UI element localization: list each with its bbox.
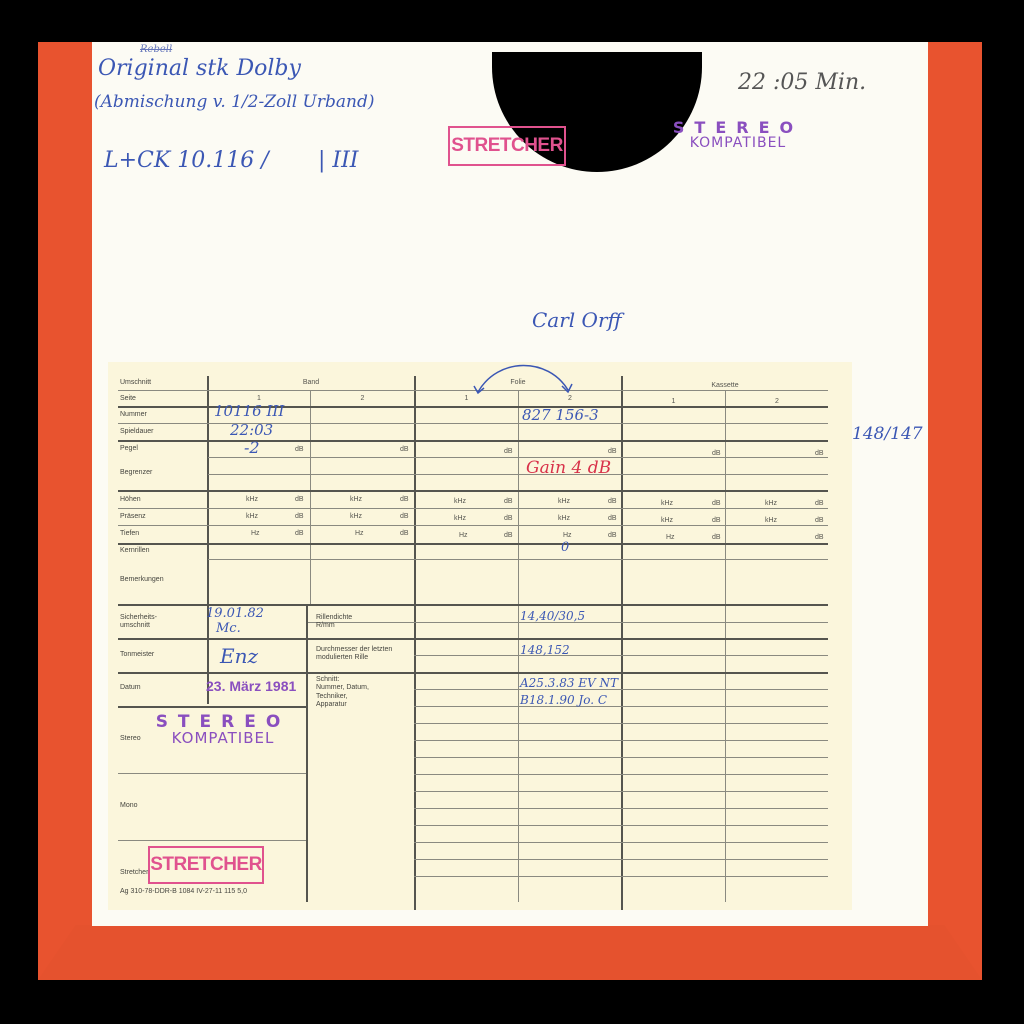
entry-sicherheits-date: 19.01.82	[206, 606, 264, 621]
label-nummer: Nummer	[120, 411, 147, 419]
note-duration: 22 :05 Min.	[738, 70, 866, 95]
label-praesenz: Präsenz	[120, 513, 146, 521]
entry-band1-nummer: 10116 III	[214, 402, 284, 420]
divider-lower	[306, 604, 308, 902]
label-spieldauer: Spieldauer	[120, 428, 153, 436]
group-kassette: Kassette	[622, 382, 828, 389]
entry-folie2-begrenzer: Gain 4 dB	[526, 458, 611, 478]
recording-form-card: Umschnitt Seite Nummer Spieldauer Pegel …	[108, 362, 852, 910]
entry-schnitt-line1: A25.3.83 EV NT	[520, 676, 618, 690]
stretcher-stamp-card: STRETCHER	[148, 846, 264, 884]
group-band: Band	[208, 379, 414, 386]
entry-sicherheits-initials: Mc.	[216, 621, 241, 636]
label-umschnitt: Umschnitt	[120, 379, 151, 387]
note-original-dolby: Original stk Dolby	[98, 56, 301, 81]
note-side-numbers: 148/147	[852, 424, 923, 444]
label-datum: Datum	[120, 684, 141, 692]
label-rillendichte: Rillendichte R/mm	[316, 614, 352, 631]
label-stretcher: Stretcher	[120, 869, 148, 877]
label-hoehen: Höhen	[120, 496, 141, 504]
note-abmischung: (Abmischung v. 1/2-Zoll Urband)	[94, 92, 374, 112]
label-kernrillen: Kernrillen	[120, 547, 150, 555]
entry-durchmesser: 148,152	[520, 643, 570, 657]
label-schnitt: Schnitt: Nummer, Datum, Techniker, Appar…	[316, 676, 369, 710]
note-composer: Carl Orff	[532, 308, 622, 332]
label-seite: Seite	[120, 395, 136, 403]
swap-arrow-icon	[468, 362, 578, 402]
note-catalog: L+CK 10.116 /	[104, 148, 269, 173]
entry-schnitt-line2: B18.1.90 Jo. C	[520, 693, 607, 707]
entry-tonmeister-signature: Enz	[220, 644, 258, 668]
stretcher-stamp-top: STRETCHER	[448, 126, 566, 166]
divider-band	[207, 376, 209, 704]
label-tonmeister: Tonmeister	[120, 651, 154, 659]
label-pegel: Pegel	[120, 445, 138, 453]
label-bemerkungen: Bemerkungen	[120, 576, 164, 584]
label-begrenzer: Begrenzer	[120, 469, 152, 477]
label-durchmesser: Durchmesser der letzten modulierten Rill…	[316, 646, 392, 663]
label-mono: Mono	[120, 802, 138, 810]
entry-rillendichte: 14,40/30,5	[520, 609, 585, 623]
entry-folie2-nummer: 827 156-3	[522, 406, 599, 424]
entry-band1-spieldauer: 22:03	[230, 421, 273, 439]
struck-word: Rebell	[140, 44, 172, 55]
box-bottom-flap	[38, 925, 982, 980]
label-sicherheitsumschnitt: Sicherheits- umschnitt	[120, 614, 157, 631]
form-footer-code: Ag 310-78-DDR-B 1084 IV-27-11 115 5,0	[120, 888, 247, 896]
label-tiefen: Tiefen	[120, 530, 139, 538]
entry-datum-stamp: 23. März 1981	[206, 678, 296, 694]
stereo-stamp-top: STEREO KOMPATIBEL	[658, 120, 818, 150]
note-roman-numeral: | III	[318, 148, 358, 173]
entry-folie2-kernrillen: 0	[561, 540, 569, 555]
stereo-stamp-card: STEREO KOMPATIBEL	[138, 714, 308, 746]
entry-band1-pegel: -2	[244, 438, 260, 457]
